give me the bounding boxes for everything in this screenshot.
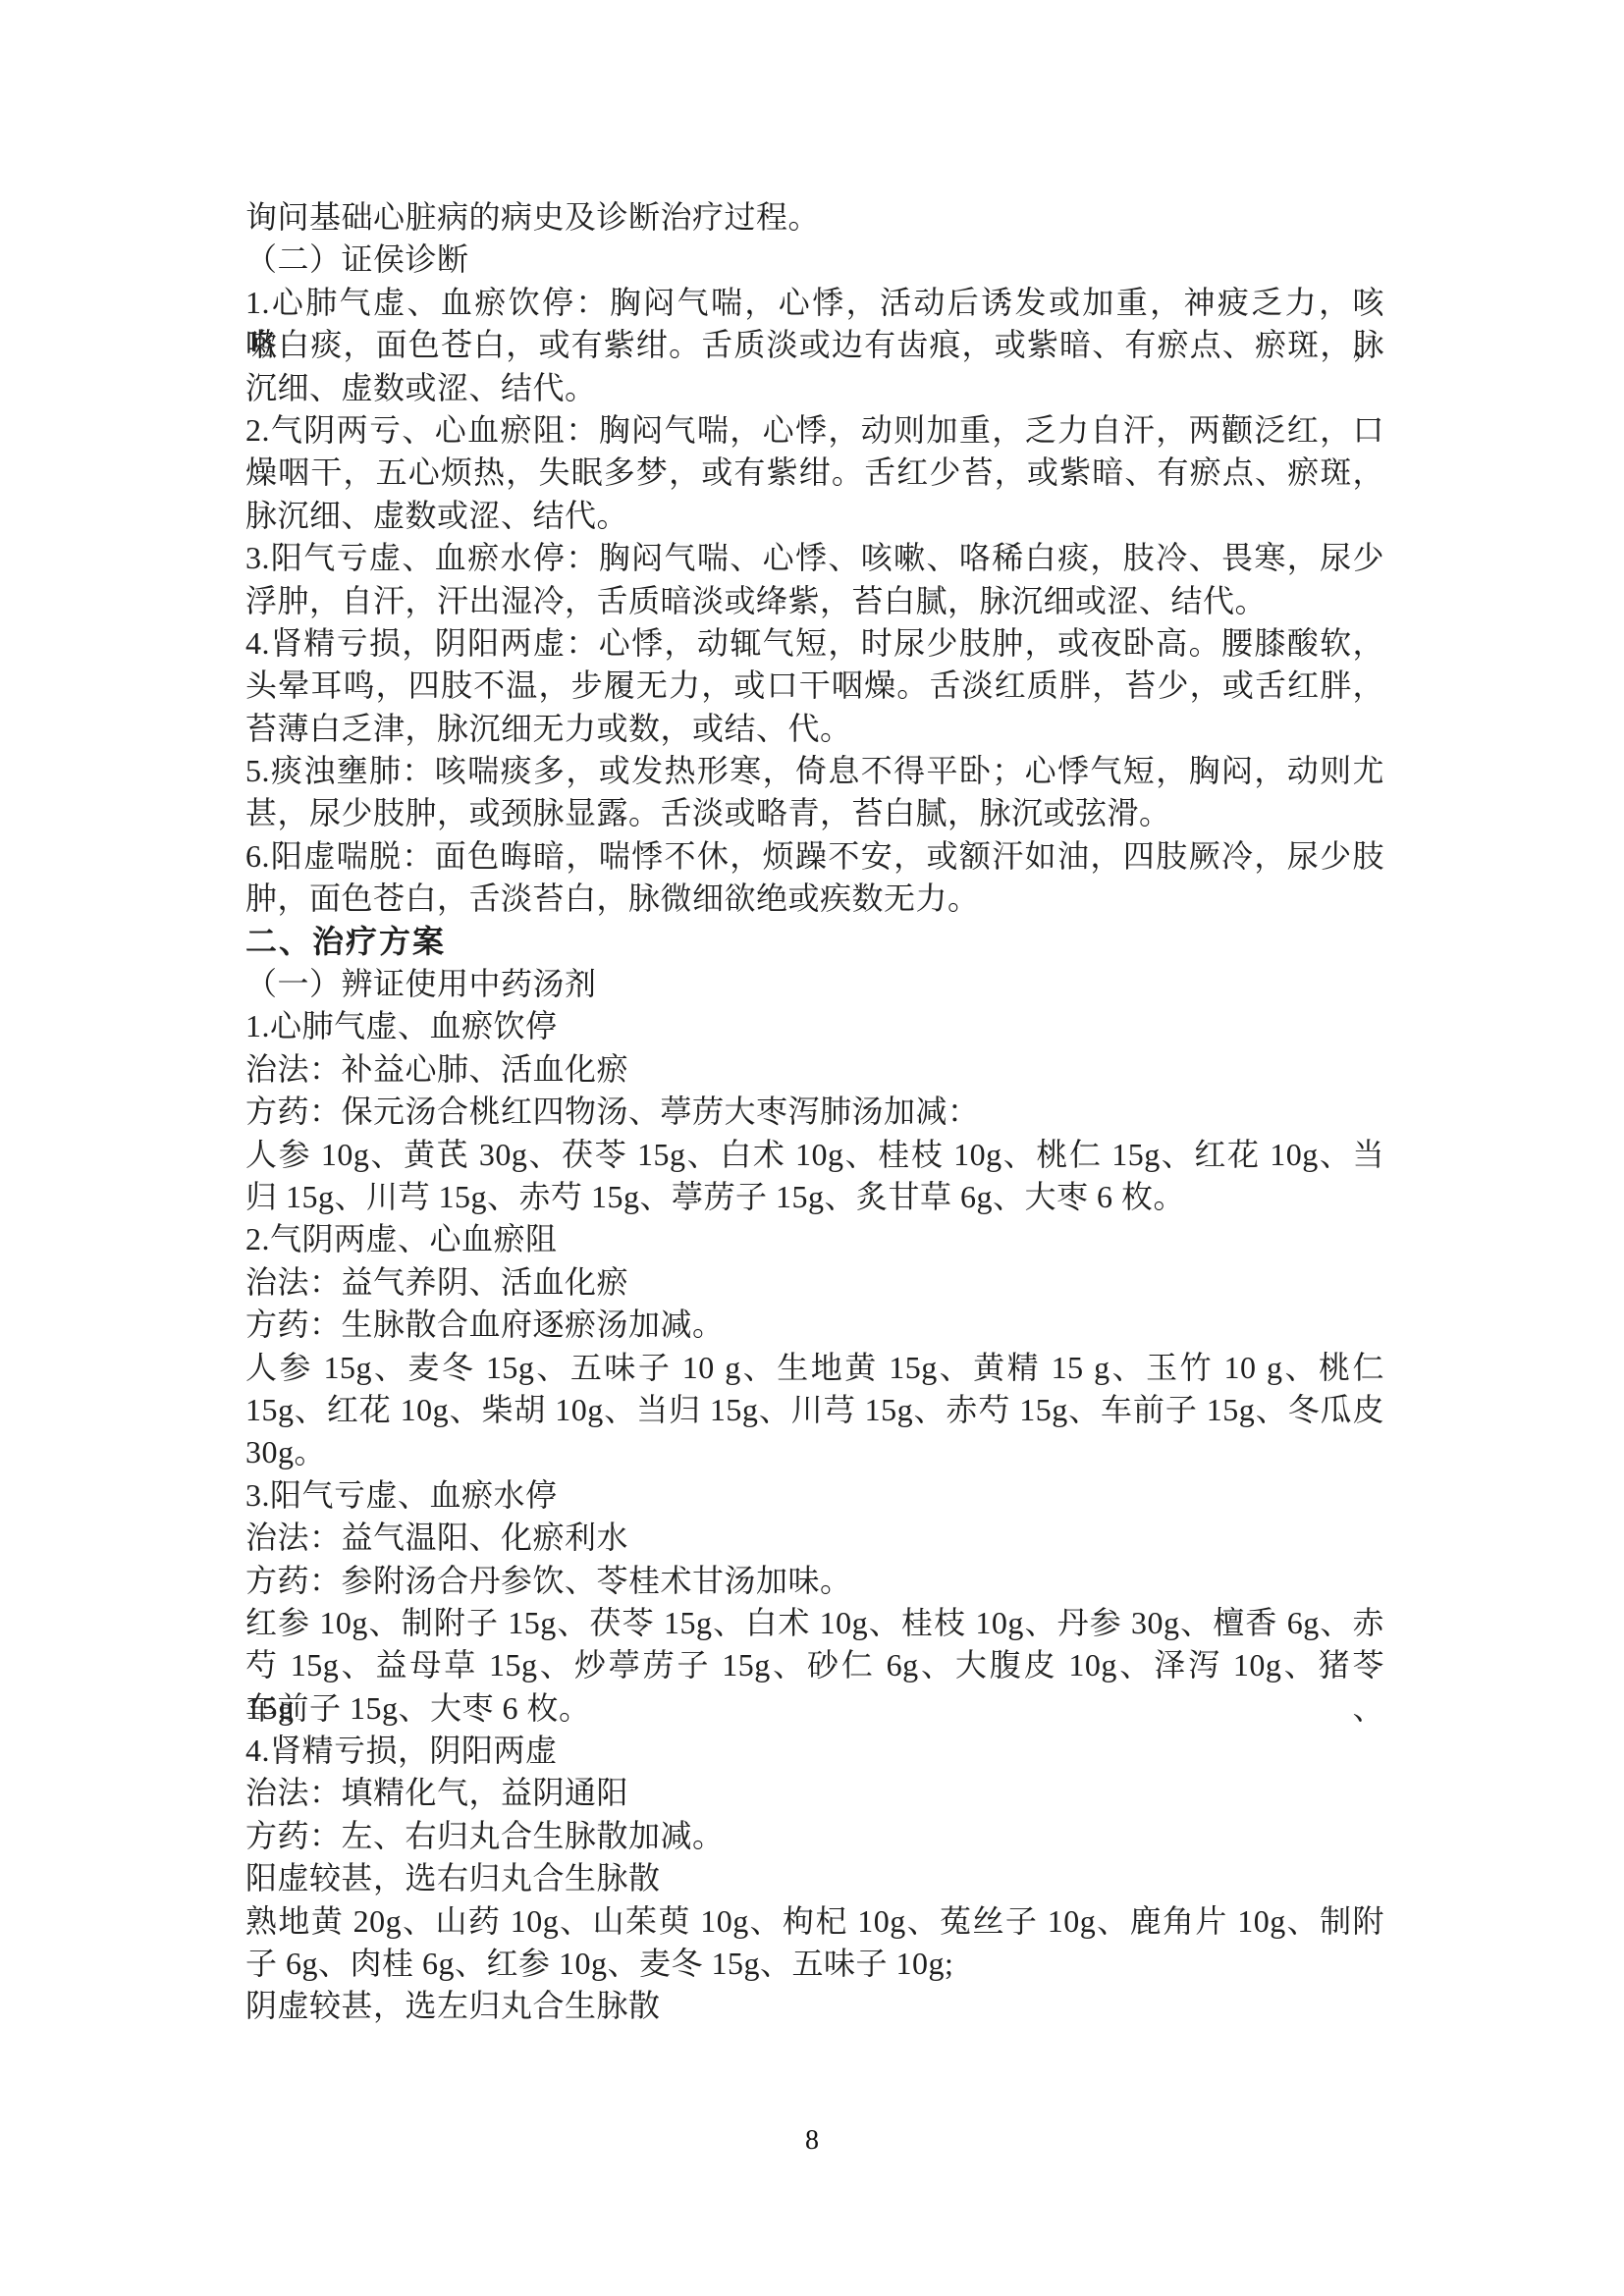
text-line: 方药：保元汤合桃红四物汤、葶苈大枣泻肺汤加减： (245, 1091, 1384, 1133)
text-line: 方药：生脉散合血府逐瘀汤加减。 (245, 1304, 1384, 1346)
text-line: 阳虚较甚，选右归丸合生脉散 (245, 1857, 1384, 1899)
text-line: 红参 10g、制附子 15g、茯苓 15g、白术 10g、桂枝 10g、丹参 3… (245, 1602, 1384, 1644)
text-line: 芍 15g、益母草 15g、炒葶苈子 15g、砂仁 6g、大腹皮 10g、泽泻 … (245, 1644, 1384, 1686)
document-body: 询问基础心脏病的病史及诊断治疗过程。（二）证侯诊断1.心肺气虚、血瘀饮停：胸闷气… (245, 196, 1384, 2028)
text-line: 头晕耳鸣，四肢不温，步履无力，或口干咽燥。舌淡红质胖，苔少，或舌红胖， (245, 665, 1384, 707)
text-line: 咯白痰，面色苍白，或有紫绀。舌质淡或边有齿痕，或紫暗、有瘀点、瘀斑，脉 (245, 324, 1384, 366)
text-line: 沉细、虚数或涩、结代。 (245, 367, 1384, 409)
document-page: 询问基础心脏病的病史及诊断治疗过程。（二）证侯诊断1.心肺气虚、血瘀饮停：胸闷气… (0, 0, 1624, 2296)
text-line: 1.心肺气虚、血瘀饮停：胸闷气喘，心悸，活动后诱发或加重，神疲乏力，咳嗽， (245, 282, 1384, 324)
text-line: 治法：益气温阳、化瘀利水 (245, 1517, 1384, 1559)
text-line: 2.气阴两亏、心血瘀阻：胸闷气喘，心悸，动则加重，乏力自汗，两颧泛红，口 (245, 409, 1384, 452)
text-line: 子 6g、肉桂 6g、红参 10g、麦冬 15g、五味子 10g; (245, 1943, 1384, 1985)
text-line: （一）辨证使用中药汤剂 (245, 963, 1384, 1005)
text-line: 6.阳虚喘脱：面色晦暗，喘悸不休，烦躁不安，或额汗如油，四肢厥冷，尿少肢 (245, 835, 1384, 878)
text-line: 归 15g、川芎 15g、赤芍 15g、葶苈子 15g、炙甘草 6g、大枣 6 … (245, 1176, 1384, 1218)
text-line: 3.阳气亏虚、血瘀水停 (245, 1474, 1384, 1517)
page-number: 8 (805, 2125, 819, 2156)
section-heading: 二、治疗方案 (245, 921, 1384, 963)
text-line: 人参 15g、麦冬 15g、五味子 10 g、生地黄 15g、黄精 15 g、玉… (245, 1347, 1384, 1389)
text-line: 4.肾精亏损，阴阳两虚：心悸，动辄气短，时尿少肢肿，或夜卧高。腰膝酸软， (245, 622, 1384, 665)
text-line: 3.阳气亏虚、血瘀水停：胸闷气喘、心悸、咳嗽、咯稀白痰，肢冷、畏寒，尿少 (245, 537, 1384, 579)
text-line: 人参 10g、黄芪 30g、茯苓 15g、白术 10g、桂枝 10g、桃仁 15… (245, 1134, 1384, 1176)
text-line: 熟地黄 20g、山药 10g、山茱萸 10g、枸杞 10g、菟丝子 10g、鹿角… (245, 1900, 1384, 1943)
text-line: 肿，面色苍白，舌淡苔白，脉微细欲绝或疾数无力。 (245, 878, 1384, 920)
text-line: 治法：益气养阴、活血化瘀 (245, 1261, 1384, 1304)
text-line: 脉沉细、虚数或涩、结代。 (245, 495, 1384, 537)
text-line: 方药：参附汤合丹参饮、苓桂术甘汤加味。 (245, 1560, 1384, 1602)
text-line: 30g。 (245, 1431, 1384, 1473)
text-line: 2.气阴两虚、心血瘀阻 (245, 1218, 1384, 1260)
page-footer: 8 (0, 2125, 1624, 2157)
text-line: 浮肿，自汗，汗出湿冷，舌质暗淡或绛紫，苔白腻，脉沉细或涩、结代。 (245, 580, 1384, 622)
text-line: 燥咽干，五心烦热，失眠多梦，或有紫绀。舌红少苔，或紫暗、有瘀点、瘀斑， (245, 452, 1384, 494)
text-line: 方药：左、右归丸合生脉散加减。 (245, 1815, 1384, 1857)
text-line: 询问基础心脏病的病史及诊断治疗过程。 (245, 196, 1384, 239)
text-line: 4.肾精亏损，阴阳两虚 (245, 1730, 1384, 1772)
text-line: 15g、红花 10g、柴胡 10g、当归 15g、川芎 15g、赤芍 15g、车… (245, 1389, 1384, 1431)
text-line: 5.痰浊壅肺：咳喘痰多，或发热形寒，倚息不得平卧；心悸气短，胸闷，动则尤 (245, 750, 1384, 792)
text-line: 阴虚较甚，选左归丸合生脉散 (245, 1985, 1384, 2027)
text-line: 甚，尿少肢肿，或颈脉显露。舌淡或略青，苔白腻，脉沉或弦滑。 (245, 792, 1384, 834)
text-line: （二）证侯诊断 (245, 239, 1384, 281)
text-line: 1.心肺气虚、血瘀饮停 (245, 1005, 1384, 1047)
text-line: 治法：补益心肺、活血化瘀 (245, 1048, 1384, 1091)
text-line: 治法：填精化气，益阴通阳 (245, 1772, 1384, 1814)
text-line: 苔薄白乏津，脉沉细无力或数，或结、代。 (245, 708, 1384, 750)
